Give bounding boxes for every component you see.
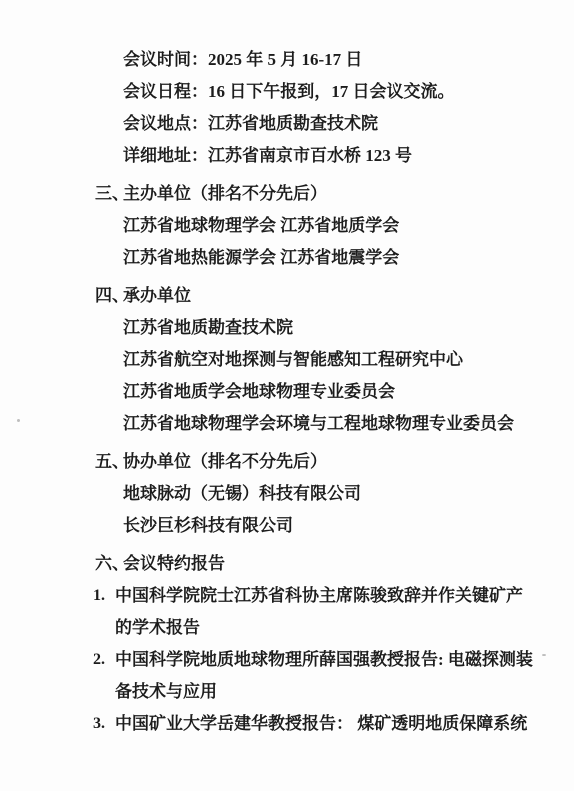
report-text-line: 中国科学院院士江苏省科协主席陈骏致辞并作关键矿产	[115, 580, 523, 612]
section-number: 四、	[95, 280, 123, 312]
undertaker-unit-item: 江苏省航空对地探测与智能感知工程研究中心	[123, 344, 574, 376]
host-unit-item: 江苏省地热能源学会 江苏省地震学会	[123, 242, 574, 274]
scan-speck	[17, 419, 20, 422]
report-text-line: 的学术报告	[115, 612, 523, 644]
document-page: 会议时间：2025 年 5 月 16-17 日 会议日程：16 日下午报到，17…	[0, 44, 574, 740]
section-title: 承办单位	[123, 286, 191, 305]
meeting-time-line: 会议时间：2025 年 5 月 16-17 日	[123, 44, 574, 76]
undertaker-unit-item: 江苏省地质勘查技术院	[123, 312, 574, 344]
report-number: 2.	[93, 644, 115, 708]
section-heading-hosts: 三、主办单位（排名不分先后）	[95, 178, 574, 210]
report-text: 中国矿业大学岳建华教授报告： 煤矿透明地质保障系统	[115, 708, 527, 740]
report-item: 2. 中国科学院地质地球物理所薛国强教授报告: 电磁探测装 备技术与应用	[93, 644, 574, 708]
section-title: 主办单位（排名不分先后）	[123, 184, 327, 203]
coorganizer-unit-item: 长沙巨杉科技有限公司	[123, 510, 574, 542]
report-text-line: 备技术与应用	[115, 676, 533, 708]
section-heading-special-reports: 六、会议特约报告	[95, 548, 574, 580]
coorganizer-unit-item: 地球脉动（无锡）科技有限公司	[123, 478, 574, 510]
meeting-address-line: 详细地址：江苏省南京市百水桥 123 号	[123, 140, 574, 172]
section-heading-undertakers: 四、承办单位	[95, 280, 574, 312]
report-text: 中国科学院地质地球物理所薛国强教授报告: 电磁探测装 备技术与应用	[115, 644, 533, 708]
report-number: 1.	[93, 580, 115, 644]
report-text-line: 中国科学院地质地球物理所薛国强教授报告: 电磁探测装	[115, 644, 533, 676]
undertaker-unit-item: 江苏省地质学会地球物理专业委员会	[123, 376, 574, 408]
report-number: 3.	[93, 708, 115, 740]
report-item: 1. 中国科学院院士江苏省科协主席陈骏致辞并作关键矿产 的学术报告	[93, 580, 574, 644]
section-title: 协办单位（排名不分先后）	[123, 452, 327, 471]
report-text: 中国科学院院士江苏省科协主席陈骏致辞并作关键矿产 的学术报告	[115, 580, 523, 644]
section-heading-coorganizers: 五、协办单位（排名不分先后）	[95, 446, 574, 478]
meeting-venue-line: 会议地点：江苏省地质勘查技术院	[123, 108, 574, 140]
scan-speck	[542, 654, 546, 656]
report-text-line: 中国矿业大学岳建华教授报告： 煤矿透明地质保障系统	[115, 708, 527, 740]
meeting-schedule-line: 会议日程：16 日下午报到，17 日会议交流。	[123, 76, 574, 108]
section-number: 五、	[95, 446, 123, 478]
report-item: 3. 中国矿业大学岳建华教授报告： 煤矿透明地质保障系统	[93, 708, 574, 740]
host-unit-item: 江苏省地球物理学会 江苏省地质学会	[123, 210, 574, 242]
section-title: 会议特约报告	[123, 554, 225, 573]
undertaker-unit-item: 江苏省地球物理学会环境与工程地球物理专业委员会	[123, 408, 574, 440]
section-number: 六、	[95, 548, 123, 580]
section-number: 三、	[95, 178, 123, 210]
